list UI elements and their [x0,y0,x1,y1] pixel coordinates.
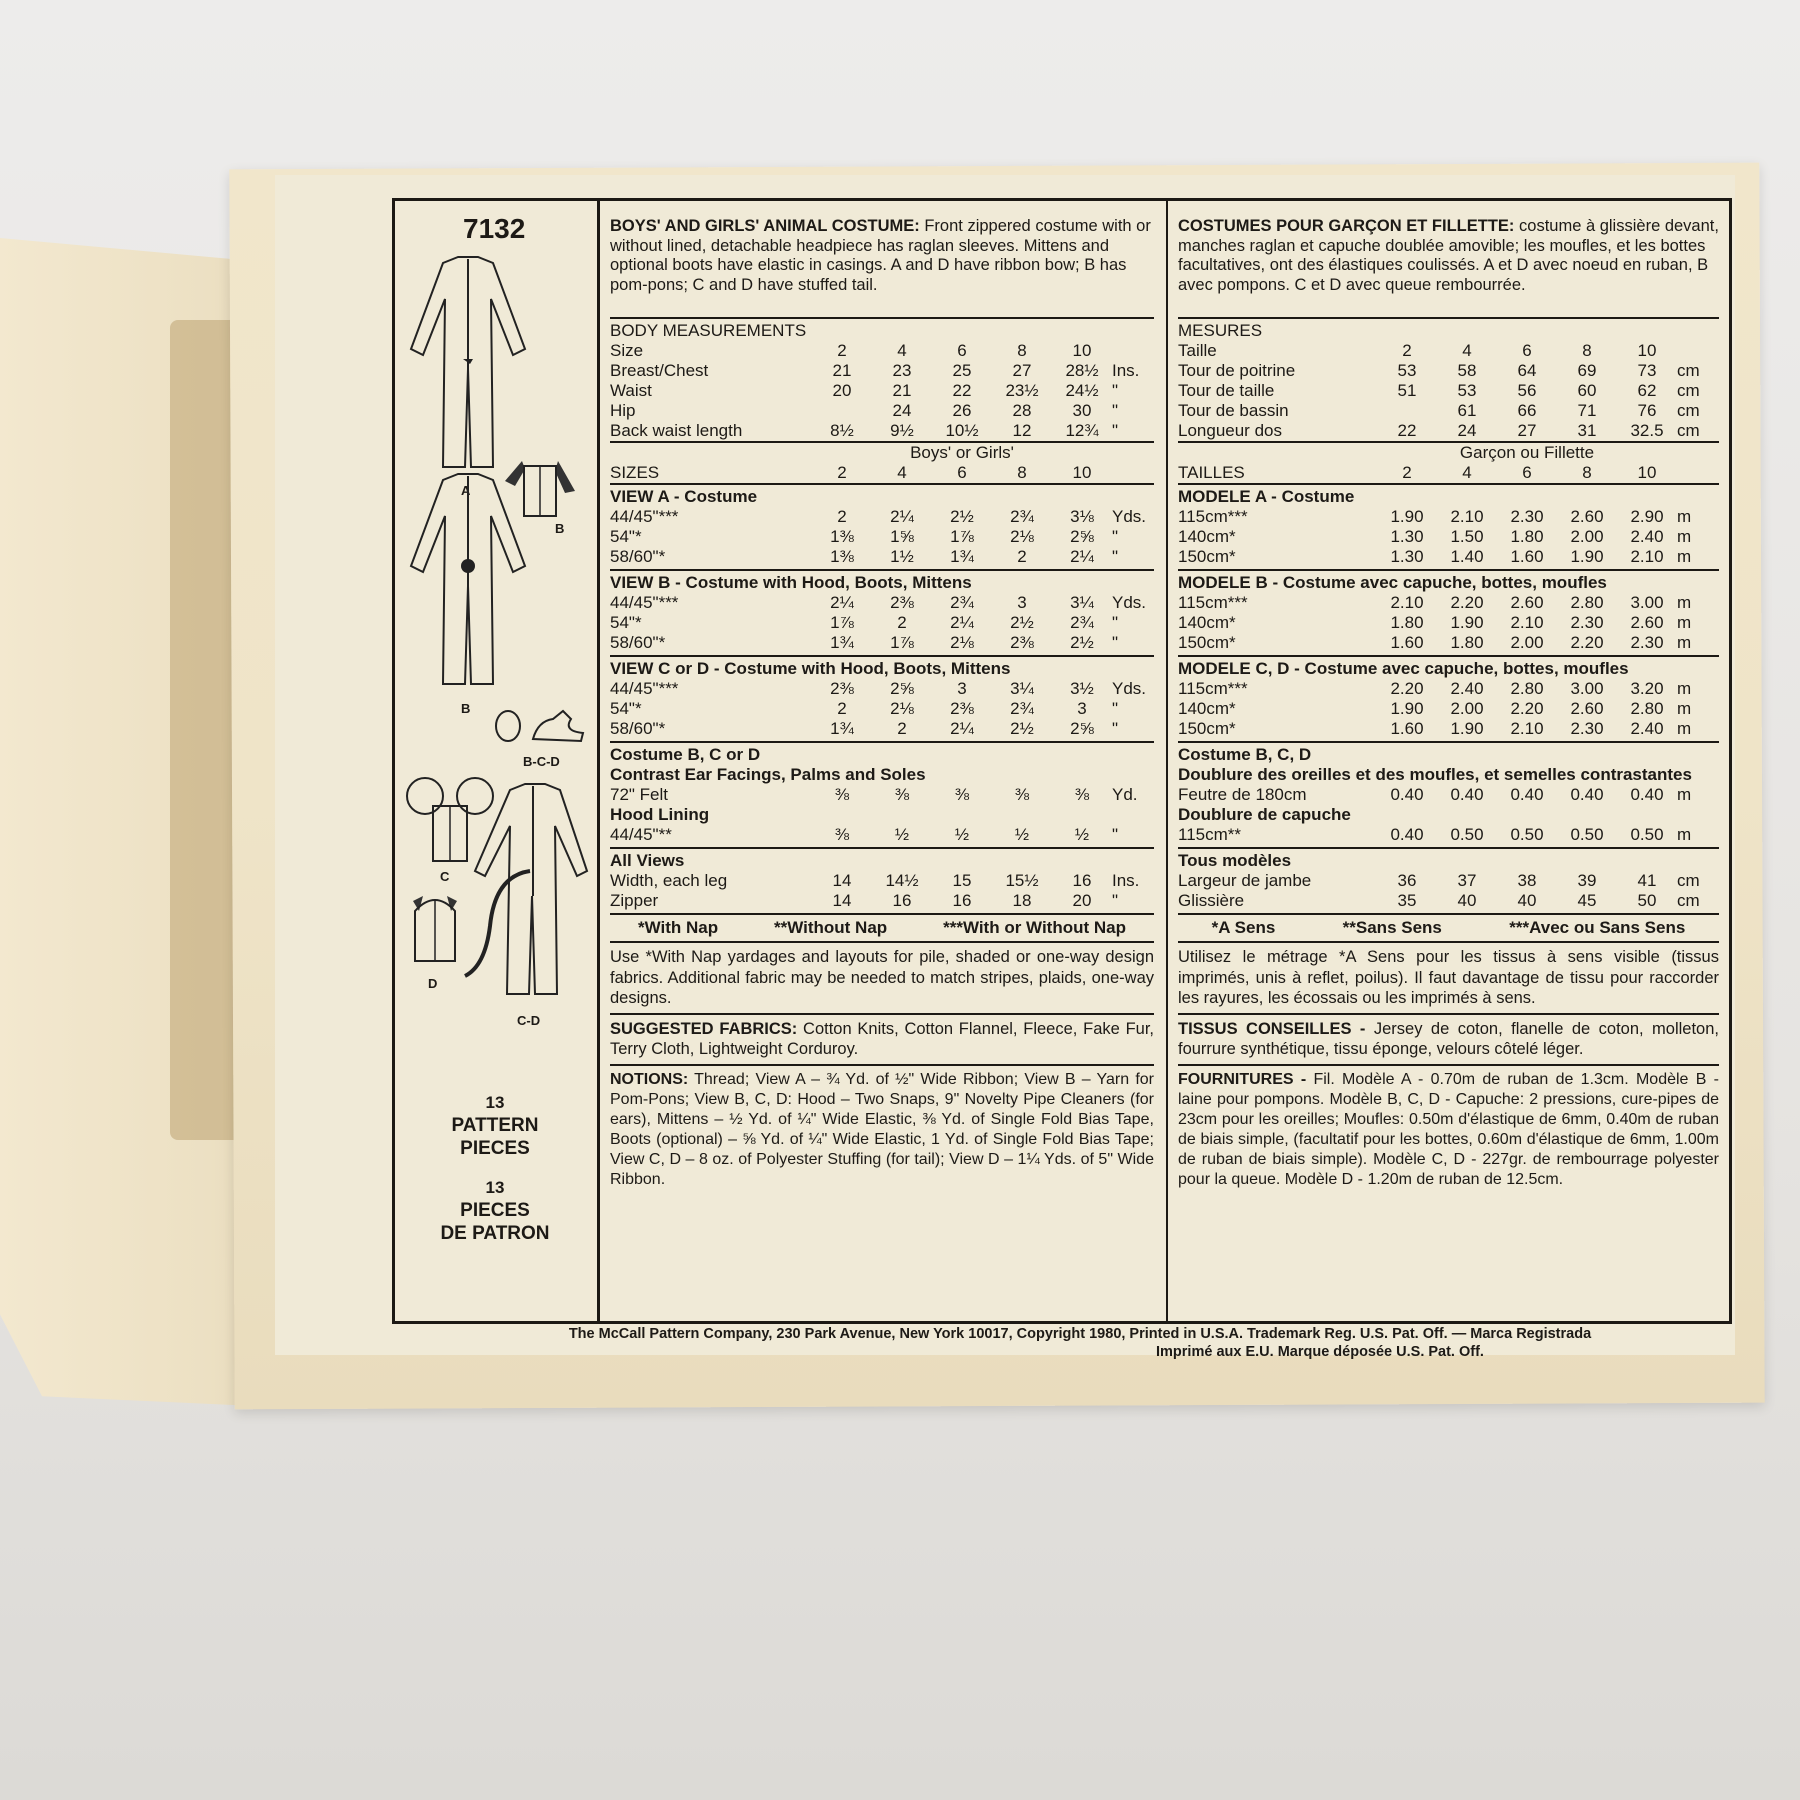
cell: 38 [1497,871,1557,891]
cell: 6 [932,341,992,361]
english-description: BOYS' AND GIRLS' ANIMAL COSTUME: Front z… [610,217,1154,317]
cell: 3.00 [1617,593,1677,613]
cell: 2 [872,613,932,633]
view-title: VIEW B - Costume with Hood, Boots, Mitte… [610,573,1154,593]
size-col: 2 [1377,463,1437,483]
cell: 2.20 [1497,699,1557,719]
sizes-label: SIZES [610,463,812,483]
tissus-conseilles: TISSUS CONSEILLES - Jersey de coton, fla… [1178,1015,1719,1064]
unit: Yds. [1112,593,1154,613]
unit: " [1112,699,1154,719]
suggested-fabrics: SUGGESTED FABRICS: Cotton Knits, Cotton … [610,1015,1154,1064]
table-row: Glissière3540404550cm [1178,891,1719,911]
modele-b-section: MODELE B - Costume avec capuche, bottes,… [1178,569,1719,655]
table-row: 44/45"***22¼2½2¾3⅛Yds. [610,507,1154,527]
cell: 2.40 [1617,527,1677,547]
unit: " [1112,825,1154,845]
view-b-jumpsuit-icon [403,466,533,701]
table-row: Size246810 [610,341,1154,361]
unit: Yd. [1112,785,1154,805]
table-row: 54"*22⅛2⅜2¾3" [610,699,1154,719]
row-label: 72" Felt [610,785,812,805]
row-label: Glissière [1178,891,1377,911]
cell: 2.60 [1557,699,1617,719]
cell: 40 [1437,891,1497,911]
cell [1377,401,1437,421]
notions-text-fr: Fil. Modèle A - 0.70m de ruban de 1.3cm.… [1178,1071,1719,1188]
footer-trademark-fr: Imprimé aux E.U. Marque déposée U.S. Pat… [480,1343,1680,1361]
hood-lining-title-fr: Doublure de capuche [1178,805,1719,825]
yardage-table: 44/45"***2¼2⅜2¾33¼Yds. 54"*1⅞22¼2½2¾" 58… [610,593,1154,653]
cell: 2.40 [1617,719,1677,739]
cell: 2½ [992,719,1052,739]
row-label: 150cm* [1178,633,1377,653]
body-measurements-header: BODY MEASUREMENTS [610,321,1154,341]
unit: " [1112,527,1154,547]
unit: cm [1677,381,1719,401]
cell: 2¼ [1052,547,1112,567]
cell: 2½ [1052,633,1112,653]
row-label: Feutre de 180cm [1178,785,1377,805]
cell: 0.50 [1437,825,1497,845]
cell: 22 [1377,421,1437,441]
all-views-section-fr: Tous modèles Largeur de jambe3637383941c… [1178,847,1719,913]
group-label: Boys' or Girls' [812,443,1112,463]
nap-legend-fr: *A Sens **Sans Sens ***Avec ou Sans Sens [1178,913,1719,943]
cell: 2.00 [1437,699,1497,719]
metrage-table: 115cm***1.902.102.302.602.90m 140cm*1.30… [1178,507,1719,567]
all-views-title: All Views [610,851,1154,871]
cell: 16 [932,891,992,911]
table-row: 44/45"***2⅜2⅝33¼3½Yds. [610,679,1154,699]
cell: 2.40 [1437,679,1497,699]
table-row: Tour de taille5153566062cm [1178,381,1719,401]
cell: 27 [992,361,1052,381]
size-col: 6 [932,463,992,483]
cell: 2.10 [1377,593,1437,613]
cell: 4 [1437,341,1497,361]
cell: 1.30 [1377,547,1437,567]
row-label: Tour de taille [1178,381,1377,401]
table-row: 115cm***2.102.202.602.803.00m [1178,593,1719,613]
table-row: 115cm***2.202.402.803.003.20m [1178,679,1719,699]
cell: 3 [992,593,1052,613]
modele-a-section: MODELE A - Costume 115cm***1.902.102.302… [1178,483,1719,569]
hood-lining-table-fr: 115cm**0.400.500.500.500.50m [1178,825,1719,845]
table-row: Hip24262830" [610,401,1154,421]
row-label: 44/45"** [610,825,812,845]
unit: cm [1677,401,1719,421]
contrast-section-fr: Costume B, C, D Doublure des oreilles et… [1178,741,1719,847]
pattern-number: 7132 [463,213,525,245]
view-title: VIEW A - Costume [610,487,1154,507]
row-label: 140cm* [1178,613,1377,633]
cell: 53 [1377,361,1437,381]
cell: 10 [1617,341,1677,361]
unit: m [1677,527,1719,547]
cell: 1⅞ [872,633,932,653]
cell: 2¼ [872,507,932,527]
unit: " [1112,381,1154,401]
cell: 18 [992,891,1052,911]
cell: 24 [1437,421,1497,441]
cell: 2½ [932,507,992,527]
cell: 1.60 [1377,633,1437,653]
notions-title: NOTIONS: [610,1071,688,1088]
divider [610,317,1154,319]
cell: 12 [992,421,1052,441]
fabrics-title: SUGGESTED FABRICS: [610,1020,797,1038]
cell: 2⅛ [932,633,992,653]
view-a-section: VIEW A - Costume 44/45"***22¼2½2¾3⅛Yds. … [610,483,1154,569]
size-col: 10 [1052,463,1112,483]
cell: 3 [1052,699,1112,719]
nap-legend: *With Nap **Without Nap ***With or Witho… [610,913,1154,943]
contrast-table-fr: Feutre de 180cm0.400.400.400.400.40m [1178,785,1719,805]
row-label: Largeur de jambe [1178,871,1377,891]
cell: 9½ [872,421,932,441]
cell: 1⅜ [812,527,872,547]
table-row: Tour de bassin61667176cm [1178,401,1719,421]
cell: 2.10 [1617,547,1677,567]
cell: ½ [1052,825,1112,845]
cell: 31 [1557,421,1617,441]
view-cd-section: VIEW C or D - Costume with Hood, Boots, … [610,655,1154,741]
cell: 56 [1497,381,1557,401]
row-label: 140cm* [1178,699,1377,719]
cell: 2⅛ [992,527,1052,547]
cell: 40 [1497,891,1557,911]
row-label: 115cm*** [1178,507,1377,527]
contrast-subtitle: Contrast Ear Facings, Palms and Soles [610,765,1154,785]
cell: 2 [812,699,872,719]
unit: " [1112,401,1154,421]
figure-label-c: C [440,869,449,884]
row-label: Tour de bassin [1178,401,1377,421]
cell: 2.00 [1497,633,1557,653]
size-col: 4 [1437,463,1497,483]
cell: 2.90 [1617,507,1677,527]
cell: 1¾ [932,547,992,567]
row-label: Waist [610,381,812,401]
row-label: 58/60"* [610,719,812,739]
hood-lining-table: 44/45"**⅜½½½½" [610,825,1154,845]
cell: 2½ [992,613,1052,633]
row-label: Longueur dos [1178,421,1377,441]
cell: 28 [992,401,1052,421]
metrage-table: 115cm***2.102.202.602.803.00m 140cm*1.80… [1178,593,1719,653]
cell: 1⅝ [872,527,932,547]
table-row: 58/60"*1¾22¼2½2⅝" [610,719,1154,739]
cell: 3⅛ [1052,507,1112,527]
unit: cm [1677,891,1719,911]
row-label: 115cm*** [1178,679,1377,699]
publisher-footer: The McCall Pattern Company, 230 Park Ave… [480,1325,1680,1361]
cell: 20 [1052,891,1112,911]
table-row: 140cm*1.801.902.102.302.60m [1178,613,1719,633]
table-row: 54"*1⅜1⅝1⅞2⅛2⅝" [610,527,1154,547]
cell: 16 [872,891,932,911]
cell: 0.40 [1377,785,1437,805]
cell: 1.90 [1557,547,1617,567]
french-title: COSTUMES POUR GARÇON ET FILLETTE: [1178,217,1514,235]
table-row: 115cm**0.400.500.500.500.50m [1178,825,1719,845]
contrast-table: 72" Felt⅜⅜⅜⅜⅜Yd. [610,785,1154,805]
cell: ⅜ [872,785,932,805]
table-row: Back waist length8½9½10½1212¾" [610,421,1154,441]
unit: m [1677,613,1719,633]
cell: 62 [1617,381,1677,401]
view-cd-jumpsuit-tail-icon [455,776,595,1011]
cell: 0.50 [1557,825,1617,845]
unit: cm [1677,361,1719,381]
pieces-label-1: PATTERN [395,1114,595,1137]
table-row: 150cm*1.301.401.601.902.10m [1178,547,1719,567]
row-label: 150cm* [1178,547,1377,567]
cell: 10 [1052,341,1112,361]
cell: 1⅞ [812,613,872,633]
cell: 0.40 [1617,785,1677,805]
table-row: Largeur de jambe3637383941cm [1178,871,1719,891]
cell: 1.90 [1437,719,1497,739]
cell: 1.50 [1437,527,1497,547]
pieces-label-fr-1: PIECES [395,1199,595,1222]
unit: m [1677,633,1719,653]
group-label-fr: Garçon ou Fillette [1377,443,1677,463]
unit: m [1677,825,1719,845]
table-row: Tour de poitrine5358646973cm [1178,361,1719,381]
unit: Ins. [1112,361,1154,381]
cell: 1⅜ [812,547,872,567]
cell: 50 [1617,891,1677,911]
cell: 2¾ [932,593,992,613]
table-row: 54"*1⅞22¼2½2¾" [610,613,1154,633]
unit: m [1677,507,1719,527]
size-col: 8 [992,463,1052,483]
table-row: Taille246810 [1178,341,1719,361]
table-row: Width, each leg1414½1515½16Ins. [610,871,1154,891]
mittens-boots-icon [493,701,593,751]
nap-note: Use *With Nap yardages and layouts for p… [610,943,1154,1013]
size-col: 10 [1617,463,1677,483]
divider [1178,317,1719,319]
row-label: 44/45"*** [610,679,812,699]
notions-title-fr: FOURNITURES - [1178,1071,1306,1088]
cell: 25 [932,361,992,381]
cell: 1.30 [1377,527,1437,547]
row-label: 115cm*** [1178,593,1377,613]
cell: 24 [872,401,932,421]
cell: 2.10 [1497,719,1557,739]
fournitures: FOURNITURES - Fil. Modèle A - 0.70m de r… [1178,1066,1719,1194]
all-views-title-fr: Tous modèles [1178,851,1719,871]
cell: 45 [1557,891,1617,911]
row-label: 115cm** [1178,825,1377,845]
row-label: 58/60"* [610,547,812,567]
cell: 15½ [992,871,1052,891]
view-title: MODELE B - Costume avec capuche, bottes,… [1178,573,1719,593]
cell: 2.00 [1557,527,1617,547]
cell: 2.30 [1557,719,1617,739]
notions: NOTIONS: Thread; View A – ¾ Yd. of ½" Wi… [610,1066,1154,1194]
cell: 53 [1437,381,1497,401]
cell: 26 [932,401,992,421]
cell: 1.80 [1437,633,1497,653]
cell: 0.40 [1437,785,1497,805]
cell: 2¼ [932,613,992,633]
size-col: 2 [812,463,872,483]
row-label: Hip [610,401,812,421]
table-row: 58/60"*1¾1⅞2⅛2⅜2½" [610,633,1154,653]
table-row: Feutre de 180cm0.400.400.400.400.40m [1178,785,1719,805]
legend-without-nap: **Without Nap [774,918,887,938]
unit [1677,341,1719,361]
fabrics-title-fr: TISSUS CONSEILLES - [1178,1020,1365,1038]
cell: 23½ [992,381,1052,401]
cell: 2¼ [932,719,992,739]
unit: m [1677,593,1719,613]
size-col: 6 [1497,463,1557,483]
all-views-table: Width, each leg1414½1515½16Ins. Zipper14… [610,871,1154,911]
cell: 15 [932,871,992,891]
cell: 28½ [1052,361,1112,381]
cell: 2⅜ [932,699,992,719]
cell: 35 [1377,891,1437,911]
cell: 1¾ [812,633,872,653]
pieces-label-fr-2: DE PATRON [395,1222,595,1245]
body-measurements-table: BODY MEASUREMENTS Size246810 Breast/Ches… [610,321,1154,441]
row-label: 54"* [610,527,812,547]
legend-a-sens: *A Sens [1212,918,1276,938]
cell: 2⅝ [872,679,932,699]
table-row: TAILLES246810 [1178,463,1719,483]
row-label: 54"* [610,699,812,719]
table-row: 58/60"*1⅜1½1¾22¼" [610,547,1154,567]
row-label: Width, each leg [610,871,812,891]
cell: 73 [1617,361,1677,381]
unit: " [1112,891,1154,911]
cell: 71 [1557,401,1617,421]
legend-avec-ou-sans-sens: ***Avec ou Sans Sens [1509,918,1685,938]
sizes-header-table: Boys' or Girls' SIZES246810 [610,443,1154,483]
cell: 66 [1497,401,1557,421]
table-row: SIZES246810 [610,463,1154,483]
metrage-table: 115cm***2.202.402.803.003.20m 140cm*1.90… [1178,679,1719,739]
unit: m [1677,679,1719,699]
unit: cm [1677,871,1719,891]
view-title: MODELE A - Costume [1178,487,1719,507]
pattern-pieces-count-en: 13 PATTERN PIECES [395,1091,595,1160]
cell: 4 [872,341,932,361]
cell: 51 [1377,381,1437,401]
cell: 2.10 [1497,613,1557,633]
unit: Yds. [1112,679,1154,699]
figure-label-bcd: B-C-D [523,754,560,769]
unit: m [1677,785,1719,805]
cell: 8½ [812,421,872,441]
yardage-table: 44/45"***2⅜2⅝33¼3½Yds. 54"*22⅛2⅜2¾3" 58/… [610,679,1154,739]
all-views-section: All Views Width, each leg1414½1515½16Ins… [610,847,1154,913]
illustration-column: 7132 A B B B-C-D [395,201,600,1321]
cell: 2.80 [1617,699,1677,719]
cell: ½ [992,825,1052,845]
mesures-table: MESURES Taille246810 Tour de poitrine535… [1178,321,1719,441]
row-label: Size [610,341,812,361]
cell: 41 [1617,871,1677,891]
cell: 60 [1557,381,1617,401]
contrast-section: Costume B, C or D Contrast Ear Facings, … [610,741,1154,847]
cell: 1⅞ [932,527,992,547]
cell: 1.80 [1497,527,1557,547]
english-title: BOYS' AND GIRLS' ANIMAL COSTUME: [610,217,920,235]
cell: 2⅜ [992,633,1052,653]
unit: " [1112,547,1154,567]
cell: 3.00 [1557,679,1617,699]
cell: 2 [992,547,1052,567]
cell: 8 [1557,341,1617,361]
cell: 2 [812,507,872,527]
contrast-subtitle-fr: Doublure des oreilles et des moufles, et… [1178,765,1719,785]
cell: 2¾ [992,699,1052,719]
cell: 2¼ [812,593,872,613]
figure-label-b-hood: B [555,521,564,536]
cell: 64 [1497,361,1557,381]
pattern-pieces-count-fr: 13 PIECES DE PATRON [395,1176,595,1245]
unit: " [1112,613,1154,633]
modele-cd-section: MODELE C, D - Costume avec capuche, bott… [1178,655,1719,741]
cell: ½ [872,825,932,845]
table-row: 150cm*1.601.902.102.302.40m [1178,719,1719,739]
size-col: 4 [872,463,932,483]
table-row: 115cm***1.902.102.302.602.90m [1178,507,1719,527]
legend-with-nap: *With Nap [638,918,718,938]
cell: 2.60 [1617,613,1677,633]
unit: " [1112,719,1154,739]
cell: 1.40 [1437,547,1497,567]
cell: 69 [1557,361,1617,381]
cell: 0.40 [1497,785,1557,805]
table-row: Waist20212223½24½" [610,381,1154,401]
cell: 3¼ [992,679,1052,699]
cell: ⅜ [932,785,992,805]
view-title: VIEW C or D - Costume with Hood, Boots, … [610,659,1154,679]
cell: 1¾ [812,719,872,739]
unit [1112,341,1154,361]
cell: 32.5 [1617,421,1677,441]
table-row: Longueur dos2224273132.5cm [1178,421,1719,441]
cell: 76 [1617,401,1677,421]
cell: 6 [1497,341,1557,361]
table-row: 140cm*1.301.501.802.002.40m [1178,527,1719,547]
row-label: Breast/Chest [610,361,812,381]
cell: 0.50 [1617,825,1677,845]
table-row: 44/45"***2¼2⅜2¾33¼Yds. [610,593,1154,613]
row-label: 44/45"*** [610,507,812,527]
cell [812,401,872,421]
cell: 10½ [932,421,992,441]
cell: 2 [812,341,872,361]
cell: 3½ [1052,679,1112,699]
cell: 2⅜ [812,679,872,699]
cell: ⅜ [992,785,1052,805]
cell: ⅜ [812,825,872,845]
tailles-header-table: Garçon ou Fillette TAILLES246810 [1178,443,1719,483]
cell: 8 [992,341,1052,361]
cell: 2⅜ [872,593,932,613]
cell: 24½ [1052,381,1112,401]
contrast-title: Costume B, C or D [610,745,1154,765]
cell: 3.20 [1617,679,1677,699]
